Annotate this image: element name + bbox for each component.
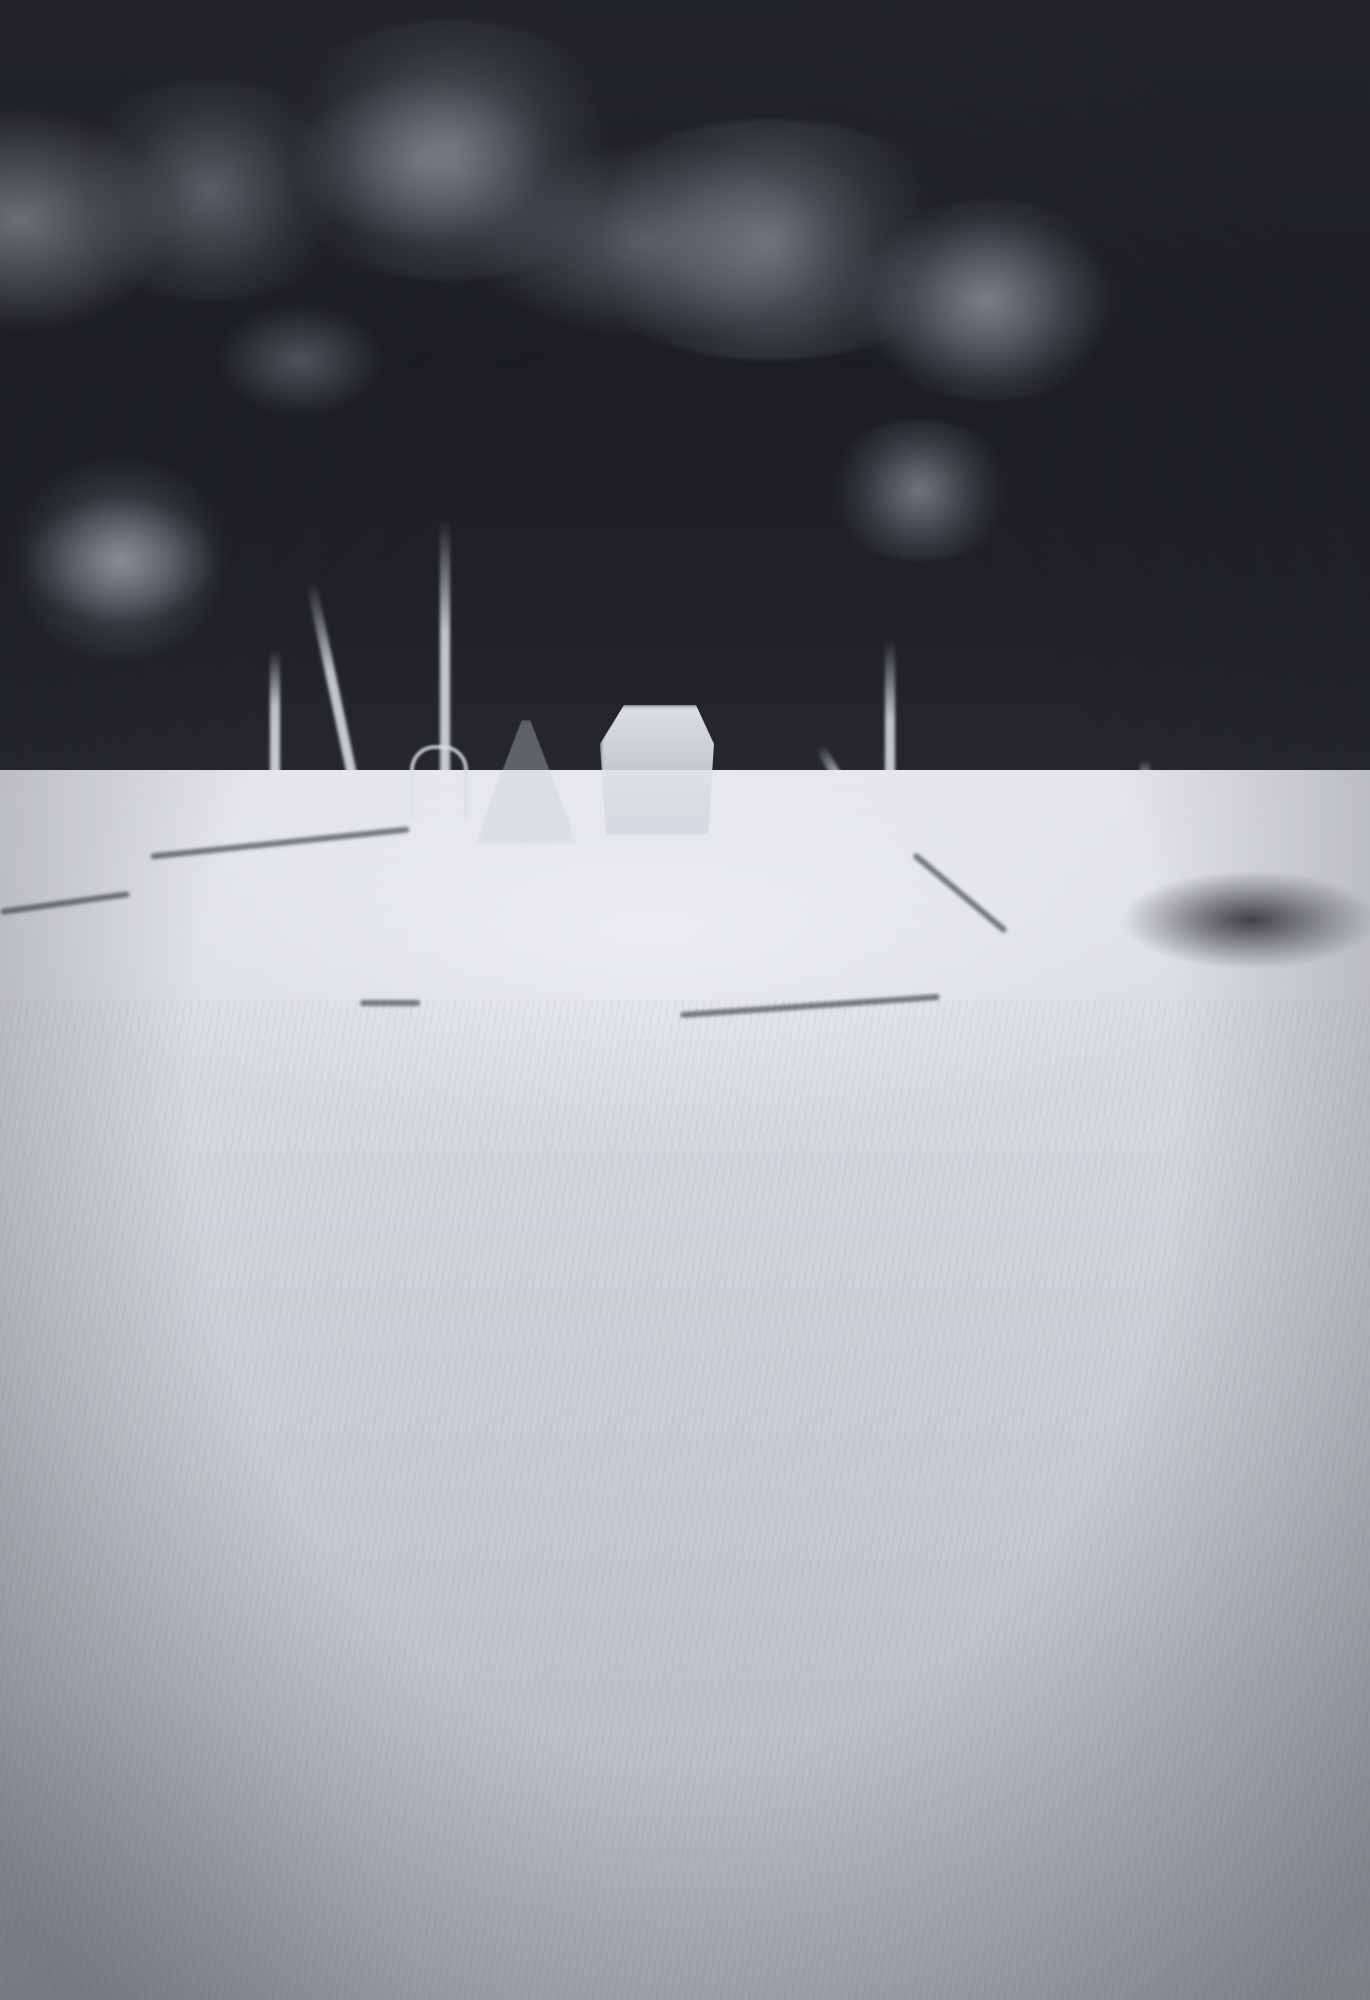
- wooden-play-structure: [600, 705, 720, 835]
- foliage-highlight: [0, 460, 240, 660]
- photograph: [0, 0, 1370, 2000]
- wooden-arch: [410, 745, 468, 819]
- grass-texture: [0, 1000, 1370, 2000]
- log-border: [360, 1000, 420, 1006]
- birch-trunk: [270, 650, 280, 790]
- foliage-highlight: [820, 420, 1020, 560]
- foliage-highlight: [850, 200, 1130, 400]
- tree-shadow: [1120, 870, 1370, 970]
